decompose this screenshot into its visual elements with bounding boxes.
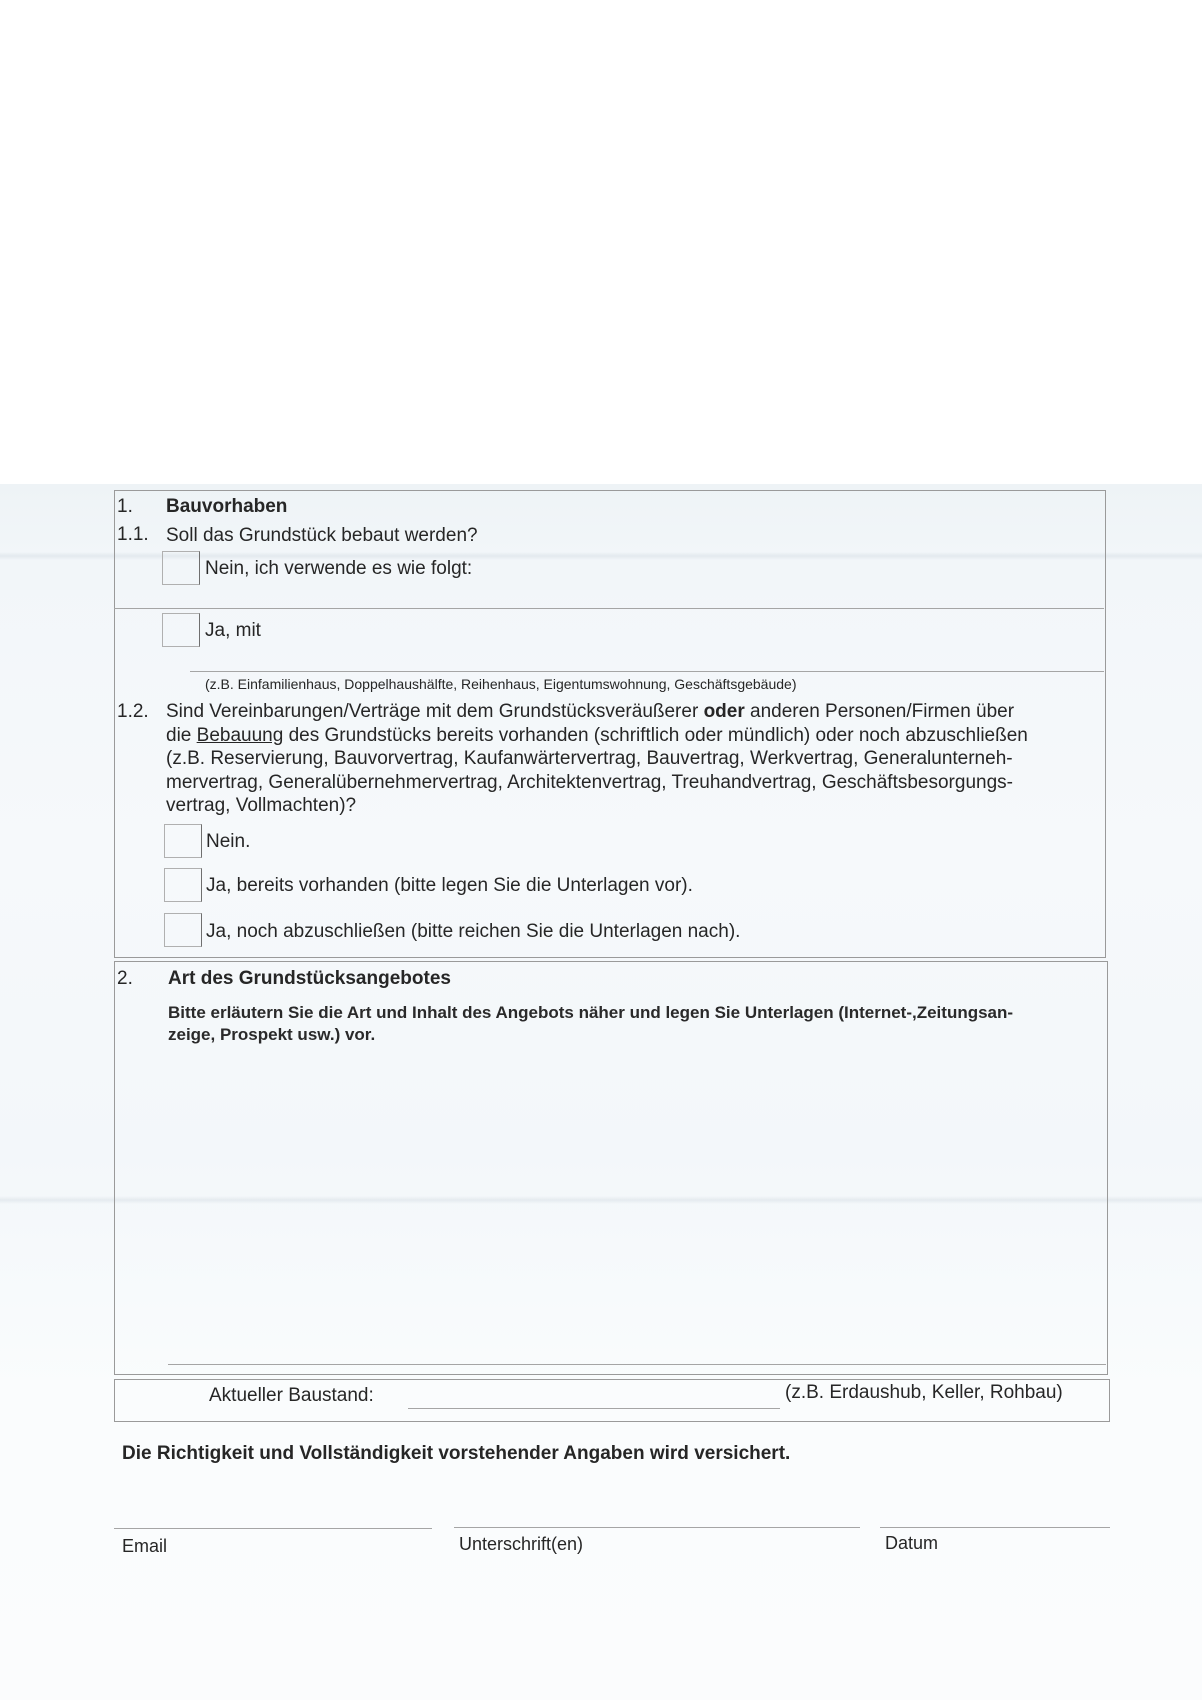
building-type-hint: (z.B. Einfamilienhaus, Doppelhaushälfte,… <box>205 676 796 692</box>
q12-line2-b: des Grundstücks bereits vorhanden (schri… <box>283 725 1028 746</box>
email-label: Email <box>122 1536 167 1557</box>
q12-line2-underline: Bebauung <box>197 725 284 746</box>
option-vertraege-abzuschliessen-label: Ja, noch abzuschließen (bitte reichen Si… <box>206 920 740 943</box>
checkbox-vertraege-vorhanden[interactable] <box>164 868 202 902</box>
email-line[interactable] <box>114 1528 432 1529</box>
question-1-2-text: Sind Vereinbarungen/Verträge mit dem Gru… <box>166 700 1028 818</box>
section-1-title: Bauvorhaben <box>166 496 287 518</box>
option-vertraege-vorhanden-label: Ja, bereits vorhanden (bitte legen Sie d… <box>206 874 693 897</box>
signature-label: Unterschrift(en) <box>459 1534 583 1555</box>
baustand-label: Aktueller Baustand: <box>209 1384 374 1407</box>
date-label: Datum <box>885 1533 938 1554</box>
option-vertraege-nein-label: Nein. <box>206 830 250 853</box>
offer-description-line[interactable] <box>168 1364 1106 1365</box>
q12-line1-bold: oder <box>704 701 745 722</box>
question-1-1-text: Soll das Grundstück bebaut werden? <box>166 524 478 547</box>
offer-description-area[interactable] <box>120 1052 1100 1352</box>
section-2-number: 2. <box>117 968 133 990</box>
section-2-instruction-line1: Bitte erläutern Sie die Art und Inhalt d… <box>168 1002 1013 1024</box>
signature-line[interactable] <box>454 1527 860 1528</box>
q12-line3: (z.B. Reservierung, Bauvorvertrag, Kaufa… <box>166 747 1028 771</box>
section-2-instruction-line2: zeige, Prospekt usw.) vor. <box>168 1024 1013 1046</box>
date-line[interactable] <box>880 1527 1110 1528</box>
building-type-input-line[interactable] <box>190 671 1104 672</box>
checkbox-vertraege-nein[interactable] <box>164 824 202 858</box>
option-nein-verwendung-label: Nein, ich verwende es wie folgt: <box>205 557 472 580</box>
checkbox-nein-verwendung[interactable] <box>162 551 200 585</box>
q12-line1-b: anderen Personen/Firmen über <box>745 701 1014 722</box>
q12-line2-a: die <box>166 725 197 746</box>
checkbox-vertraege-abzuschliessen[interactable] <box>164 913 202 947</box>
section-2-instruction: Bitte erläutern Sie die Art und Inhalt d… <box>168 1002 1013 1046</box>
baustand-input-line[interactable] <box>408 1408 780 1409</box>
option-ja-bebauung-label: Ja, mit <box>205 619 261 642</box>
blank-page-top <box>0 0 1202 484</box>
baustand-hint: (z.B. Erdaushub, Keller, Rohbau) <box>785 1381 1063 1404</box>
question-1-1-number: 1.1. <box>117 524 149 546</box>
q12-line4: mervertrag, Generalübernehmervertrag, Ar… <box>166 771 1028 795</box>
section-1-number: 1. <box>117 496 133 518</box>
declaration-text: Die Richtigkeit und Vollständigkeit vors… <box>122 1443 790 1465</box>
checkbox-ja-bebauung[interactable] <box>162 613 200 647</box>
section-2-title: Art des Grundstücksangebotes <box>168 968 451 990</box>
usage-input-line[interactable] <box>114 608 1104 609</box>
question-1-2-number: 1.2. <box>117 701 149 723</box>
q12-line5: vertrag, Vollmachten)? <box>166 794 1028 818</box>
q12-line1-a: Sind Vereinbarungen/Verträge mit dem Gru… <box>166 701 704 722</box>
